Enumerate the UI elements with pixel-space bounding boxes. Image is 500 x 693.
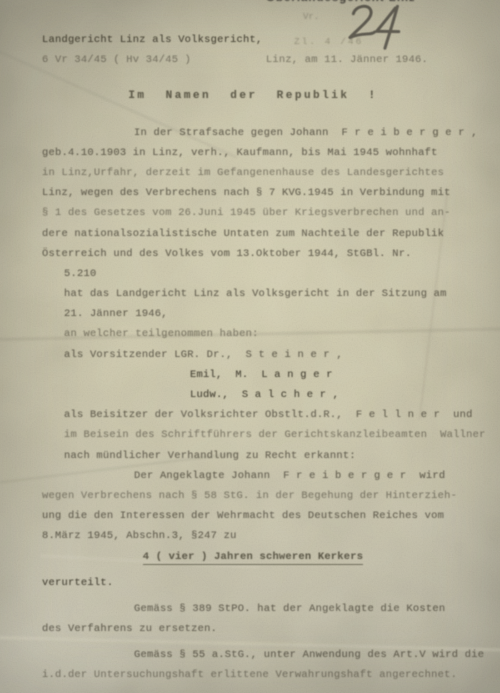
line-text: verurteilt. xyxy=(42,577,113,589)
line-text: an welcher teilgenommen haben: xyxy=(64,328,259,340)
line-text: 4 ( vier ) Jahren schweren Kerkers xyxy=(143,551,364,565)
line-text: im Beisein des Schriftführers der Gerich… xyxy=(64,429,486,441)
line-text: in Linz,Urfahr, derzeit im Gefangenenhau… xyxy=(42,167,444,179)
line-text: Ludw., S a l c h e r , xyxy=(190,389,339,401)
document-line: geb.4.10.1903 in Linz, verh., Kaufmann, … xyxy=(42,143,464,163)
line-text: 5.210 xyxy=(64,268,96,280)
document-line: Österreich und des Volkes vom 13.Oktober… xyxy=(42,244,464,264)
line-text: 6 Vr 34/45 ( Hv 34/45 ) xyxy=(42,54,191,66)
document-line: dere nationalsozialistische Untaten zum … xyxy=(42,224,464,244)
line-text: 8.März 1945, Abschn.3, §247 zu xyxy=(42,530,237,542)
line-text: wegen Verbrechens nach § 58 StG. in der … xyxy=(42,490,457,502)
line-text: als Vorsitzender LGR. Dr., S t e i n e r… xyxy=(64,349,343,361)
line-text: Gemäss § 55 a.StG., unter Anwendung des … xyxy=(134,649,484,661)
line-text: 21. Jänner 1946, xyxy=(64,308,168,320)
line-text: geb.4.10.1903 in Linz, verh., Kaufmann, … xyxy=(42,147,438,159)
scanned-document-page: Oberlandesgericht Linz Vr. Zl. 4 /46 Lan… xyxy=(0,0,500,693)
line-text: In der Strafsache gegen Johann F r e i b… xyxy=(134,127,478,139)
document-line: im Beisein des Schriftführers der Gerich… xyxy=(42,425,464,445)
line-text: als Beisitzer der Volksrichter Obstlt.d.… xyxy=(64,409,473,421)
line-text: Emil, M. L a n g e r xyxy=(190,369,333,381)
date-text: Linz, am 11. Jänner 1946. xyxy=(266,50,428,70)
line-text: Österreich und des Volkes vom 13.Oktober… xyxy=(42,248,412,260)
penalty-line: 4 ( vier ) Jahren schweren Kerkers xyxy=(42,547,464,567)
line-text: des Verfahrens zu ersetzen. xyxy=(42,623,217,635)
line-text: dere nationalsozialistische Untaten zum … xyxy=(42,228,444,240)
line-text: hat das Landgericht Linz als Volksgerich… xyxy=(64,288,447,300)
document-line: 5.210 xyxy=(42,264,464,284)
document-body: Landgericht Linz als Volksgericht,6 Vr 3… xyxy=(0,0,500,693)
line-text: Der Angeklagte Johann F r e i b e r g e … xyxy=(134,470,445,482)
line-text: Im Namen der Republik ! xyxy=(128,90,377,102)
document-line: an welcher teilgenommen haben: xyxy=(42,324,464,344)
line-text: Gemäss § 389 StPO. hat der Angeklagte di… xyxy=(134,603,445,615)
line-text: § 1 des Gesetzes vom 26.Juni 1945 über K… xyxy=(42,207,451,219)
document-line: 21. Jänner 1946, xyxy=(42,304,464,324)
defendant-line: Der Angeklagte Johann F r e i b e r g e … xyxy=(42,466,464,486)
document-line: Linz, wegen des Verbrechens nach § 7 KVG… xyxy=(42,183,464,203)
document-line: wegen Verbrechens nach § 58 StG. in der … xyxy=(42,486,464,506)
lay-judge-line: Emil, M. L a n g e r xyxy=(42,365,464,385)
document-line: § 1 des Gesetzes vom 26.Juni 1945 über K… xyxy=(42,203,464,223)
document-line: in Linz,Urfahr, derzeit im Gefangenenhau… xyxy=(42,163,464,183)
line-text: Linz, wegen des Verbrechens nach § 7 KVG… xyxy=(42,187,451,199)
document-line: als Beisitzer der Volksrichter Obstlt.d.… xyxy=(42,405,464,425)
document-line: Gemäss § 55 a.StG., unter Anwendung des … xyxy=(42,645,464,665)
document-line: In der Strafsache gegen Johann F r e i b… xyxy=(42,123,464,143)
line-text: i.d.der Untersuchungshaft erlittene Verw… xyxy=(42,669,457,681)
verdict-word: verurteilt. xyxy=(42,573,464,593)
line-text: ung die den Interessen der Wehrmacht des… xyxy=(42,510,444,522)
document-line: hat das Landgericht Linz als Volksgerich… xyxy=(42,284,464,304)
document-line: nach mündlicher Verhandlung zu Recht erk… xyxy=(42,446,464,466)
line-text: Landgericht Linz als Volksgericht, xyxy=(42,34,263,46)
document-line: Gemäss § 389 StPO. hat der Angeklagte di… xyxy=(42,599,464,619)
document-line: ung die den Interessen der Wehrmacht des… xyxy=(42,506,464,526)
lay-judge-line: Ludw., S a l c h e r , xyxy=(42,385,464,405)
judge-line: als Vorsitzender LGR. Dr., S t e i n e r… xyxy=(42,345,464,365)
judgment-title: Im Namen der Republik ! xyxy=(42,86,464,106)
document-line: 8.März 1945, Abschn.3, §247 zu xyxy=(42,526,464,546)
document-line: i.d.der Untersuchungshaft erlittene Verw… xyxy=(42,665,464,685)
case-number-line: 6 Vr 34/45 ( Hv 34/45 )Linz, am 11. Jänn… xyxy=(42,50,464,70)
line-text: nach mündlicher Verhandlung zu Recht erk… xyxy=(64,450,356,462)
document-line: des Verfahrens zu ersetzen. xyxy=(42,619,464,639)
court-header-line: Landgericht Linz als Volksgericht, xyxy=(42,30,464,50)
